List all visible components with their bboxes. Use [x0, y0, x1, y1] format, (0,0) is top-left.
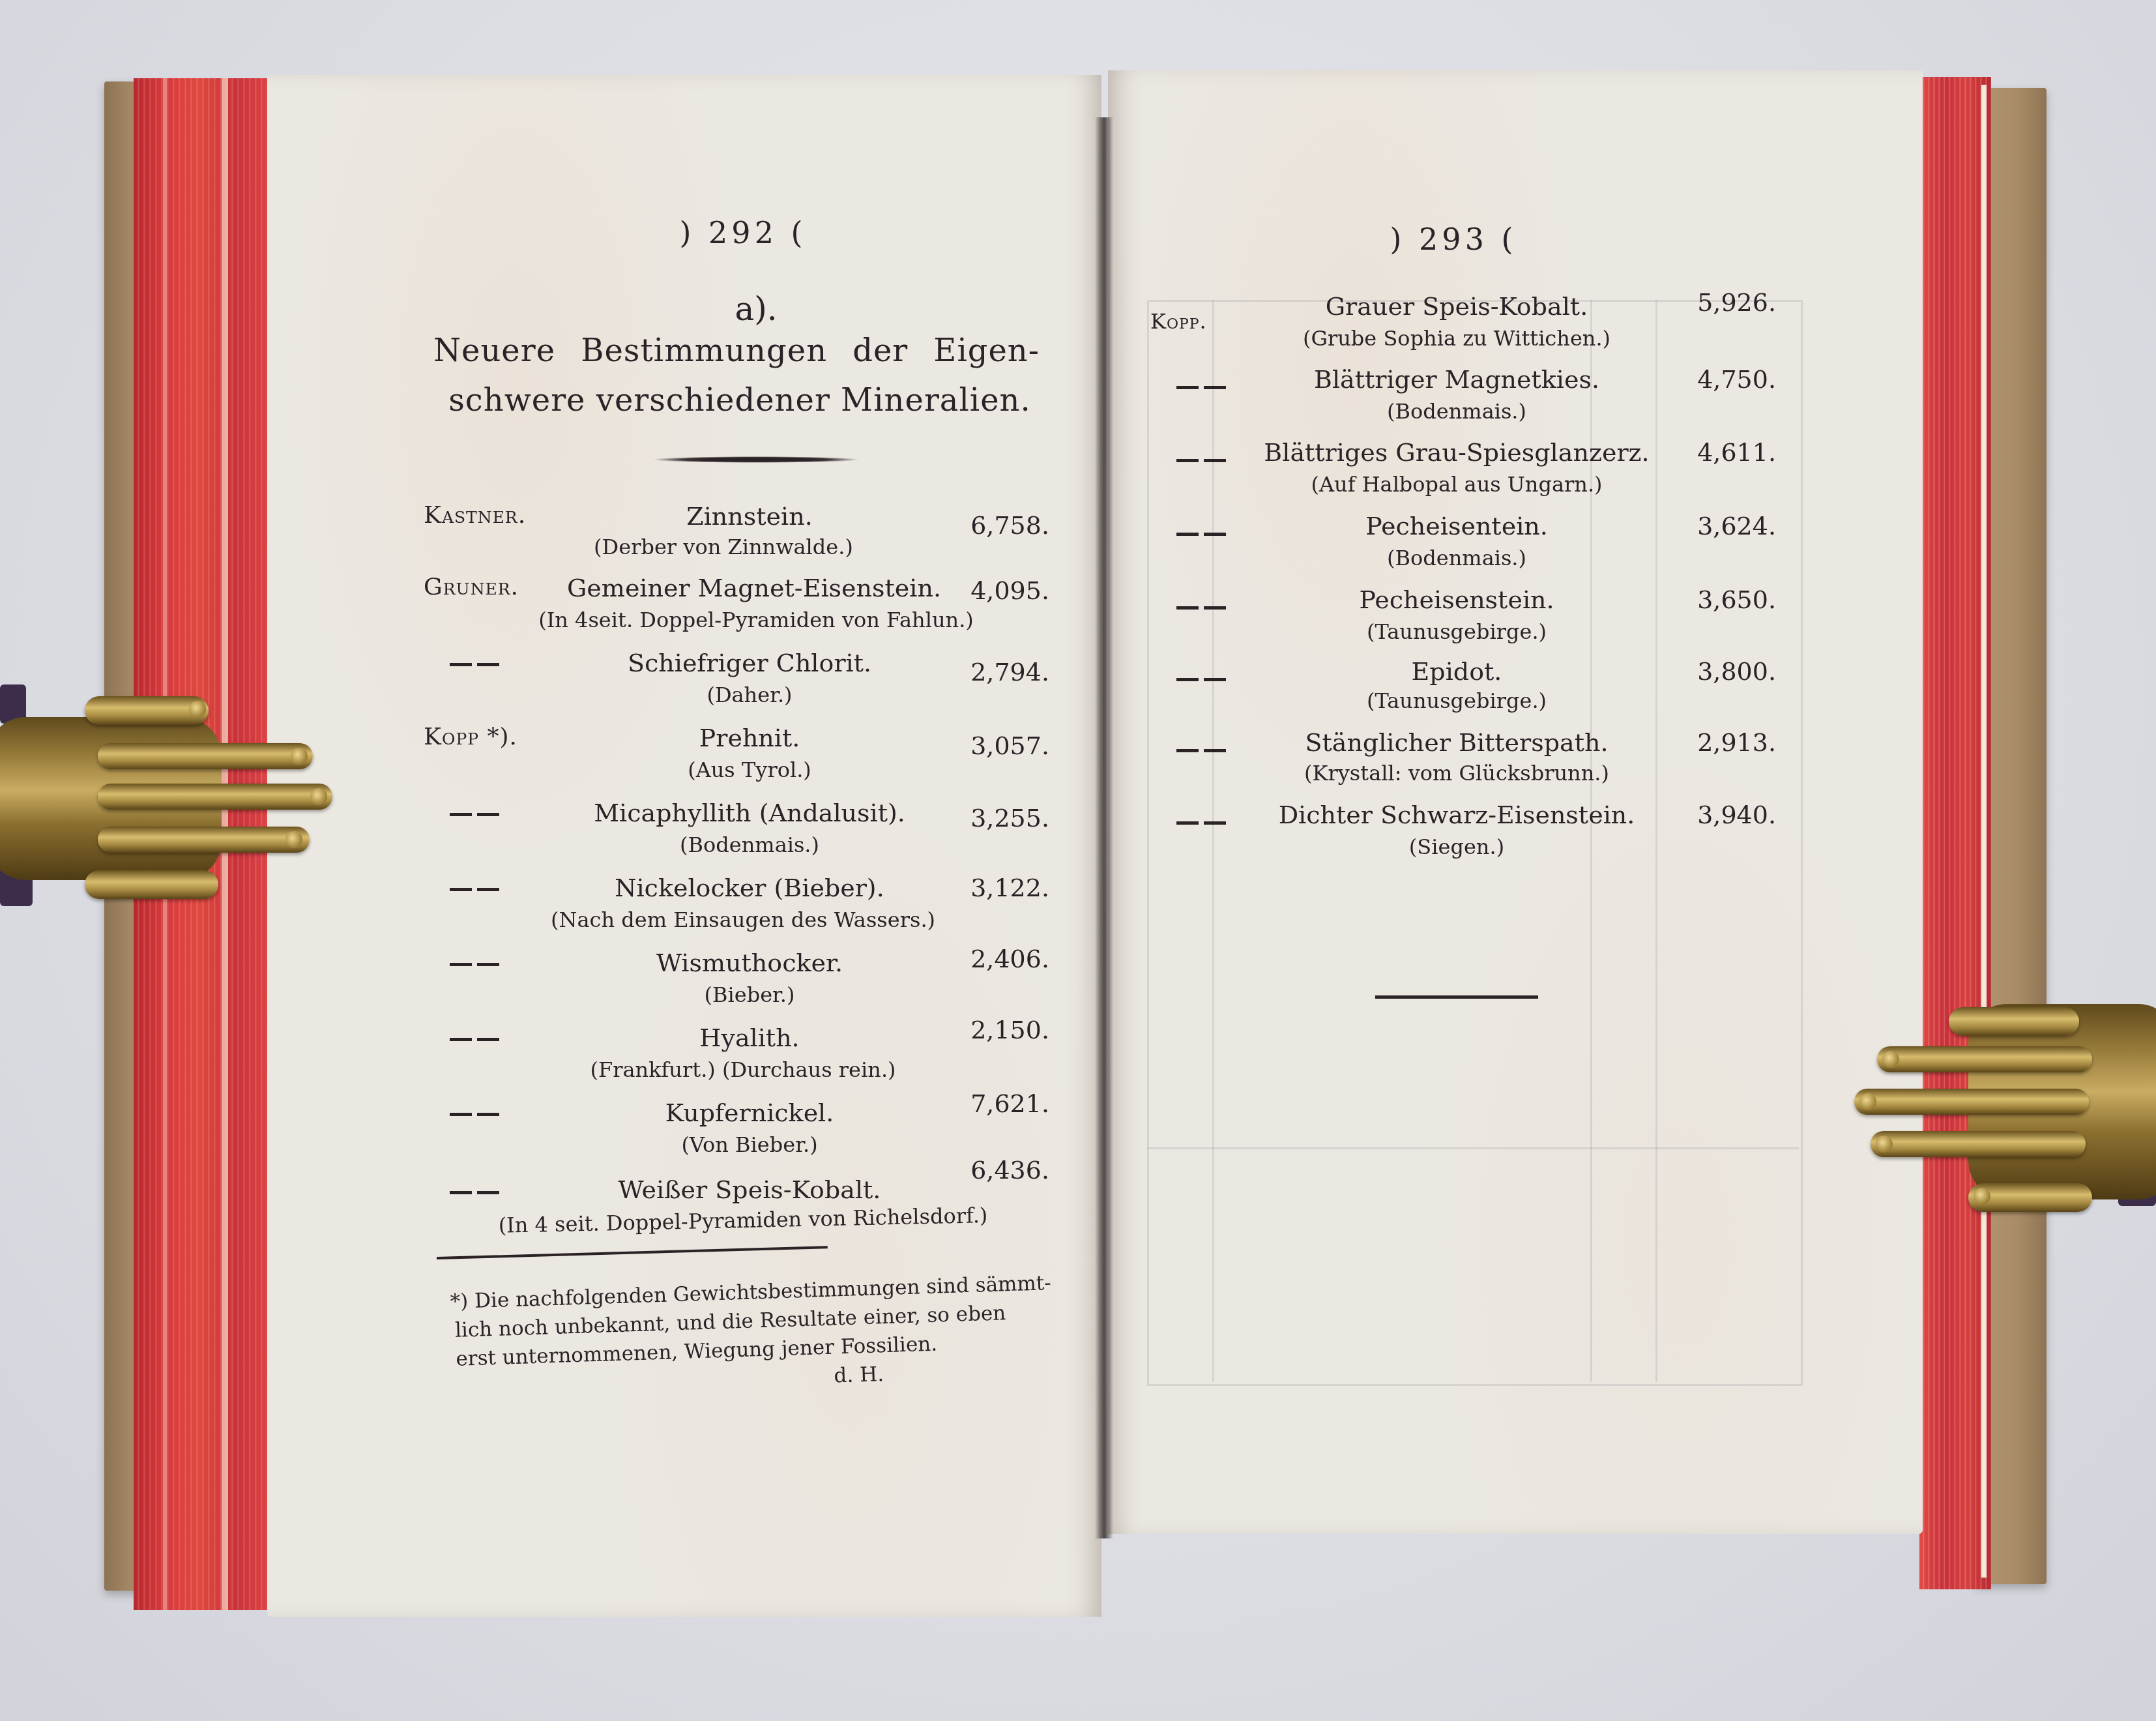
locality: (Von Bieber.) [580, 1132, 919, 1157]
mineral-entry: Micaphyllith (Andalusit). 3,255. (Bodenm… [424, 799, 1049, 864]
mineral-name: Wismuthocker. [580, 949, 919, 977]
specific-gravity: 4,750. [1697, 365, 1776, 394]
fingernail [1882, 1051, 1899, 1068]
specific-gravity: 6,758. [970, 511, 1049, 540]
mineral-entry: Wismuthocker. 2,406. (Bieber.) [424, 949, 1049, 1014]
specific-gravity: 4,611. [1697, 438, 1776, 467]
locality: (Daher.) [580, 683, 919, 707]
specific-gravity: 2,794. [970, 658, 1049, 686]
author: Gruner. [424, 574, 519, 600]
specific-gravity: 2,913. [1697, 728, 1776, 757]
thumb [1949, 1007, 2079, 1036]
mineral-entry: Blättriger Magnetkies. 4,750. (Bodenmais… [1150, 365, 1776, 430]
mineral-entry: Kopp *). Prehnit. 3,057. (Aus Tyrol.) [424, 724, 1049, 789]
ditto-dash [450, 1113, 502, 1116]
book-gutter [1095, 117, 1113, 1538]
ditto-dash [1176, 606, 1229, 610]
ditto-dash [1176, 533, 1229, 536]
specific-gravity: 4,095. [970, 576, 1049, 605]
end-rule [1375, 995, 1538, 999]
specific-gravity: 3,624. [1697, 512, 1776, 540]
ditto-dash [450, 963, 502, 966]
finger [98, 743, 313, 769]
author: Kopp *). [424, 724, 517, 750]
fingernail [291, 748, 308, 765]
mineral-name: Micaphyllith (Andalusit). [554, 799, 945, 827]
fingernail [310, 788, 327, 805]
locality: (Auf Halbopal aus Ungarn.) [1261, 472, 1652, 497]
ditto-dash [1176, 678, 1229, 681]
fingernail [1876, 1136, 1893, 1153]
locality: (Aus Tyrol.) [580, 758, 919, 782]
specific-gravity: 2,150. [970, 1016, 1049, 1044]
locality: (Siegen.) [1281, 834, 1633, 859]
mineral-entry: Gruner. Gemeiner Magnet-Eisenstein. 4,09… [424, 574, 1049, 639]
author: Kastner. [424, 502, 526, 529]
ditto-dash [1176, 821, 1229, 825]
finger [1854, 1089, 2089, 1115]
mineral-name: Pecheisentein. [1281, 512, 1633, 540]
mineral-name: Zinnstein. [580, 502, 919, 531]
specific-gravity: 3,122. [970, 874, 1049, 902]
mineral-name: Blättriges Grau-Spiesglanzerz. [1248, 438, 1665, 467]
mineral-name: Epidot. [1281, 657, 1633, 686]
finger [85, 870, 218, 899]
mineral-entry: Kastner. Zinnstein. 6,758. (Derber von Z… [424, 502, 1049, 567]
mineral-entry: Dichter Schwarz-Eisenstein. 3,940. (Sieg… [1150, 801, 1776, 866]
mineral-name: Weißer Speis-Kobalt. [567, 1175, 932, 1204]
specific-gravity: 3,940. [1697, 801, 1776, 829]
mineral-name: Dichter Schwarz-Eisenstein. [1248, 801, 1665, 829]
mineral-name: Schiefriger Chlorit. [580, 649, 919, 677]
locality: (Taunusgebirge.) [1281, 688, 1633, 713]
locality: (Bodenmais.) [1281, 399, 1633, 424]
section-title-line1: Neuere Bestimmungen der Eigen- [433, 326, 1040, 375]
page-edge-highlight [1981, 85, 1987, 1578]
ditto-dash [1176, 749, 1229, 752]
specific-gravity: 5,926. [1697, 288, 1776, 317]
specific-gravity: 7,621. [970, 1089, 1049, 1118]
mineral-entry: Kupfernickel. 7,621. (Von Bieber.) [424, 1098, 1049, 1164]
ditto-dash [1176, 386, 1229, 389]
mineral-entry: Pecheisentein. 3,624. (Bodenmais.) [1150, 512, 1776, 577]
footnote: *) Die nachfolgenden Gewichtsbestimmunge… [450, 1269, 1059, 1402]
ornamental-rule [652, 456, 860, 463]
locality: (Nach dem Einsaugen des Wassers.) [521, 907, 965, 932]
locality: (In 4seit. Doppel-Pyramiden von Fahlun.) [515, 608, 997, 632]
mineral-entry: Epidot. 3,800. (Taunusgebirge.) [1150, 657, 1776, 722]
show-through-line [1147, 1147, 1799, 1149]
mineral-entry: Blättriges Grau-Spiesglanzerz. 4,611. (A… [1150, 438, 1776, 503]
finger [98, 827, 310, 853]
brass-hand-clip-right [1838, 978, 2156, 1226]
fingernail [1859, 1093, 1876, 1110]
specific-gravity: 3,650. [1697, 585, 1776, 614]
finger [1871, 1131, 2086, 1157]
finger [98, 784, 332, 810]
page-number-left: ) 292 ( [587, 215, 899, 250]
locality: (In 4 seit. Doppel-Pyramiden von Richels… [482, 1203, 1004, 1239]
mineral-entry: Hyalith. 2,150. (Frankfurt.) (Durchaus r… [424, 1023, 1049, 1089]
mineral-name: Hyalith. [580, 1023, 919, 1052]
page-edges-right [1919, 77, 1991, 1589]
mineral-name: Grauer Speis-Kobalt. [1281, 292, 1633, 321]
locality: (Bodenmais.) [580, 832, 919, 857]
specific-gravity: 6,436. [970, 1156, 1049, 1184]
mineral-name: Blättriger Magnetkies. [1281, 365, 1633, 394]
locality: (Derber von Zinnwalde.) [554, 535, 893, 559]
mineral-entry: Weißer Speis-Kobalt. 6,436. (In 4 seit. … [424, 1170, 1049, 1242]
locality: (Frankfurt.) (Durchaus rein.) [547, 1057, 939, 1082]
mineral-name: Prehnit. [580, 724, 919, 752]
ditto-dash [450, 663, 502, 666]
ditto-dash [450, 1038, 502, 1041]
mineral-name: Nickelocker (Bieber). [567, 874, 932, 902]
fingernail [189, 701, 206, 718]
brass-hand-clip-left [0, 678, 339, 926]
mineral-entry: Kopp. Grauer Speis-Kobalt. 5,926. (Grube… [1150, 292, 1776, 357]
mineral-entry: Pecheisenstein. 3,650. (Taunusgebirge.) [1150, 585, 1776, 651]
mineral-name: Gemeiner Magnet-Eisenstein. [567, 574, 939, 602]
locality: (Taunusgebirge.) [1281, 619, 1633, 644]
mineral-entry: Nickelocker (Bieber). 3,122. (Nach dem E… [424, 874, 1049, 939]
mineral-entry: Stänglicher Bitterspath. 2,913. (Krystal… [1150, 728, 1776, 793]
ditto-dash [450, 813, 502, 816]
locality: (Krystall: vom Glücksbrunn.) [1261, 761, 1652, 786]
fingernail [285, 831, 302, 848]
mineral-entry: Schiefriger Chlorit. 2,794. (Daher.) [424, 649, 1049, 714]
mineral-name: Pecheisenstein. [1281, 585, 1633, 614]
section-title-line2: schwere verschiedener Mineralien. [433, 375, 1046, 425]
fingernail [1974, 1188, 1990, 1205]
footnote-marker: *) [450, 1289, 469, 1314]
specific-gravity: 3,255. [970, 804, 1049, 832]
specific-gravity: 3,800. [1697, 657, 1776, 686]
mineral-name: Kupfernickel. [580, 1098, 919, 1127]
page-number-right: ) 293 ( [1297, 222, 1610, 257]
specific-gravity: 3,057. [970, 731, 1049, 760]
locality: (Bieber.) [580, 982, 919, 1007]
author: Kopp. [1150, 309, 1207, 334]
mineral-name: Stänglicher Bitterspath. [1268, 728, 1646, 757]
ditto-dash [450, 1191, 502, 1194]
ditto-dash [450, 888, 502, 891]
specific-gravity: 2,406. [970, 945, 1049, 973]
locality: (Bodenmais.) [1281, 546, 1633, 570]
section-label: a). [684, 290, 828, 328]
ditto-dash [1176, 459, 1229, 462]
locality: (Grube Sophia zu Wittichen.) [1268, 326, 1646, 351]
finger [1877, 1046, 2092, 1072]
